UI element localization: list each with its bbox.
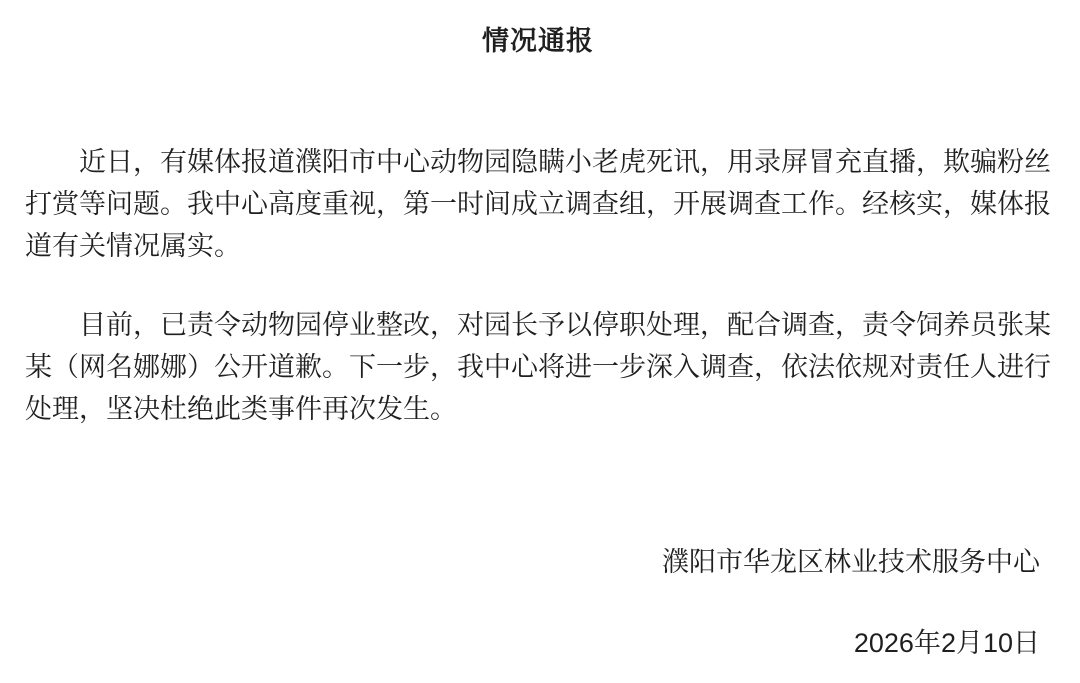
paragraph-investigation: 近日，有媒体报道濮阳市中心动物园隐瞒小老虎死讯，用录屏冒充直播，欺骗粉丝打赏等问… [25,141,1051,267]
document-closing: 濮阳市华龙区林业技术服务中心 2026年2月10日 [25,541,1051,664]
issue-date: 2026年2月10日 [25,622,1040,664]
document-body: 近日，有媒体报道濮阳市中心动物园隐瞒小老虎死讯，用录屏冒充直播，欺骗粉丝打赏等问… [25,141,1051,430]
notice-document: 情况通报 近日，有媒体报道濮阳市中心动物园隐瞒小老虎死讯，用录屏冒充直播，欺骗粉… [0,0,1080,683]
paragraph-measures: 目前，已责令动物园停业整改，对园长予以停职处理，配合调查，责令饲养员张某某（网名… [25,304,1051,430]
issuer-signature: 濮阳市华龙区林业技术服务中心 [25,541,1040,583]
document-title: 情况通报 [25,28,1051,55]
